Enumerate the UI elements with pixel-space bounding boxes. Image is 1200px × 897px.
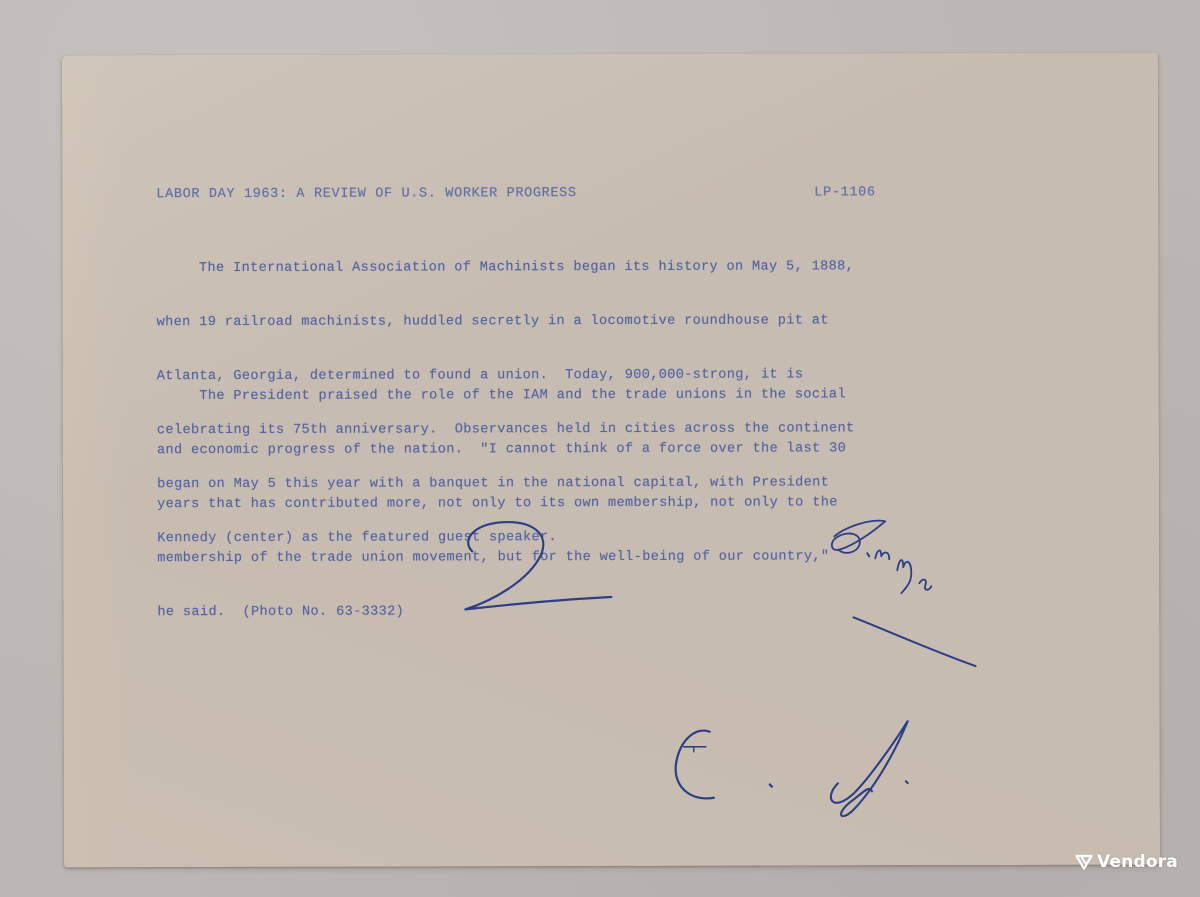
paragraph-line: The President praised the role of the IA… [157, 386, 846, 406]
handwritten-initials [676, 731, 714, 799]
vendora-brand-text: Vendora [1097, 852, 1178, 872]
document-title: LABOR DAY 1963: A REVIEW OF U.S. WORKER … [156, 185, 576, 204]
paragraph-line: The International Association of Machini… [156, 258, 854, 278]
vendora-watermark: Vendora [1075, 852, 1178, 872]
handwritten-underline [853, 617, 975, 666]
vendora-logo-icon [1075, 854, 1093, 870]
document-code: LP-1106 [814, 184, 875, 202]
paragraph-line: membership of the trade union movement, … [157, 548, 846, 568]
paragraph-line: when 19 railroad machinists, huddled sec… [157, 312, 855, 332]
paragraph-line: he said. (Photo No. 63-3332) [157, 602, 846, 622]
paragraph-president-quote: The President praised the role of the IA… [157, 350, 847, 658]
paragraph-line: and economic progress of the nation. "I … [157, 440, 846, 460]
typed-document-sheet: LABOR DAY 1963: A REVIEW OF U.S. WORKER … [62, 53, 1160, 868]
paragraph-line: years that has contributed more, not onl… [157, 494, 846, 514]
